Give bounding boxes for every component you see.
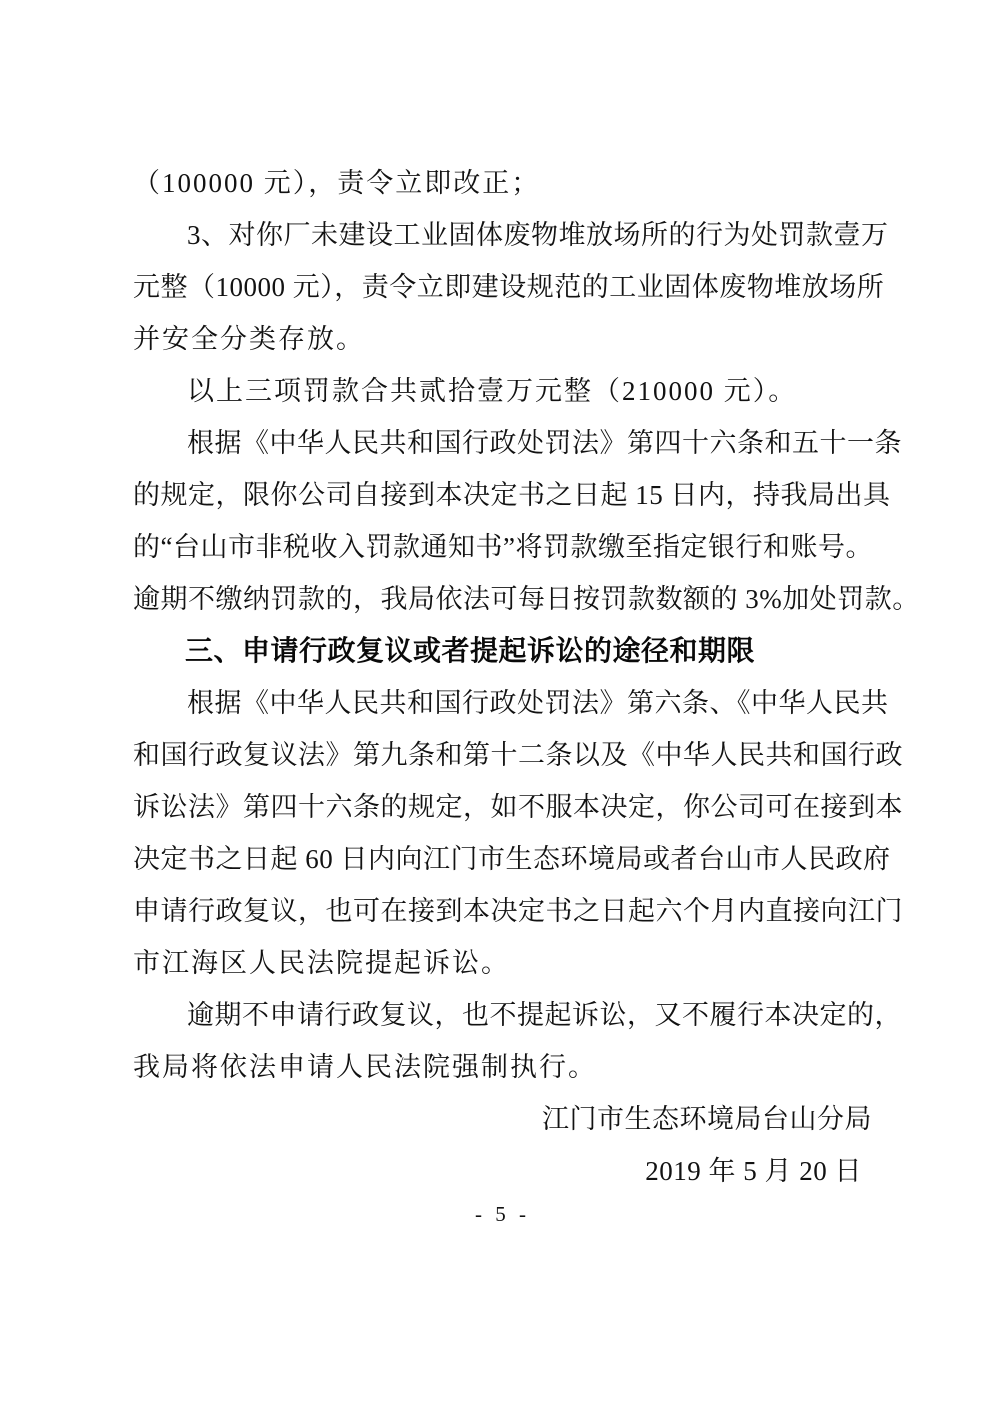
document-line: 以上三项罚款合共贰拾壹万元整（210000 元）。 [133,365,872,417]
document-line: 市江海区人民法院提起诉讼。 [133,937,872,989]
document-line: 我局将依法申请人民法院强制执行。 [133,1041,872,1093]
document-content: （100000 元），责令立即改正； 3、对你厂未建设工业固体废物堆放场所的行为… [133,157,872,1229]
document-line: 的规定，限你公司自接到本决定书之日起 15 日内，持我局出具 [133,469,872,521]
document-line: 根据《中华人民共和国行政处罚法》第六条、《中华人民共 [133,677,872,729]
section-heading: 三、申请行政复议或者提起诉讼的途径和期限 [133,625,872,677]
page-number: - 5 - [133,1199,872,1229]
document-line: 和国行政复议法》第九条和第十二条以及《中华人民共和国行政 [133,729,872,781]
document-line: 逾期不申请行政复议，也不提起诉讼，又不履行本决定的， [133,989,872,1041]
document-line: 决定书之日起 60 日内向江门市生态环境局或者台山市人民政府 [133,833,872,885]
document-line: 诉讼法》第四十六条的规定，如不服本决定，你公司可在接到本 [133,781,872,833]
document-line: 逾期不缴纳罚款的，我局依法可每日按罚款数额的 3%加处罚款。 [133,573,872,625]
document-line: 并安全分类存放。 [133,313,872,365]
signature-issuer: 江门市生态环境局台山分局 [133,1093,872,1145]
document-line: 的“台山市非税收入罚款通知书”将罚款缴至指定银行和账号。 [133,521,872,573]
document-line: 根据《中华人民共和国行政处罚法》第四十六条和五十一条 [133,417,872,469]
signature-date: 2019 年 5 月 20 日 [133,1145,872,1197]
document-line: 申请行政复议，也可在接到本决定书之日起六个月内直接向江门 [133,885,872,937]
document-line: 元整（10000 元），责令立即建设规范的工业固体废物堆放场所 [133,261,872,313]
document-line: 3、对你厂未建设工业固体废物堆放场所的行为处罚款壹万 [133,209,872,261]
document-line: （100000 元），责令立即改正； [133,157,872,209]
document-page: （100000 元），责令立即改正； 3、对你厂未建设工业固体废物堆放场所的行为… [0,0,992,1403]
